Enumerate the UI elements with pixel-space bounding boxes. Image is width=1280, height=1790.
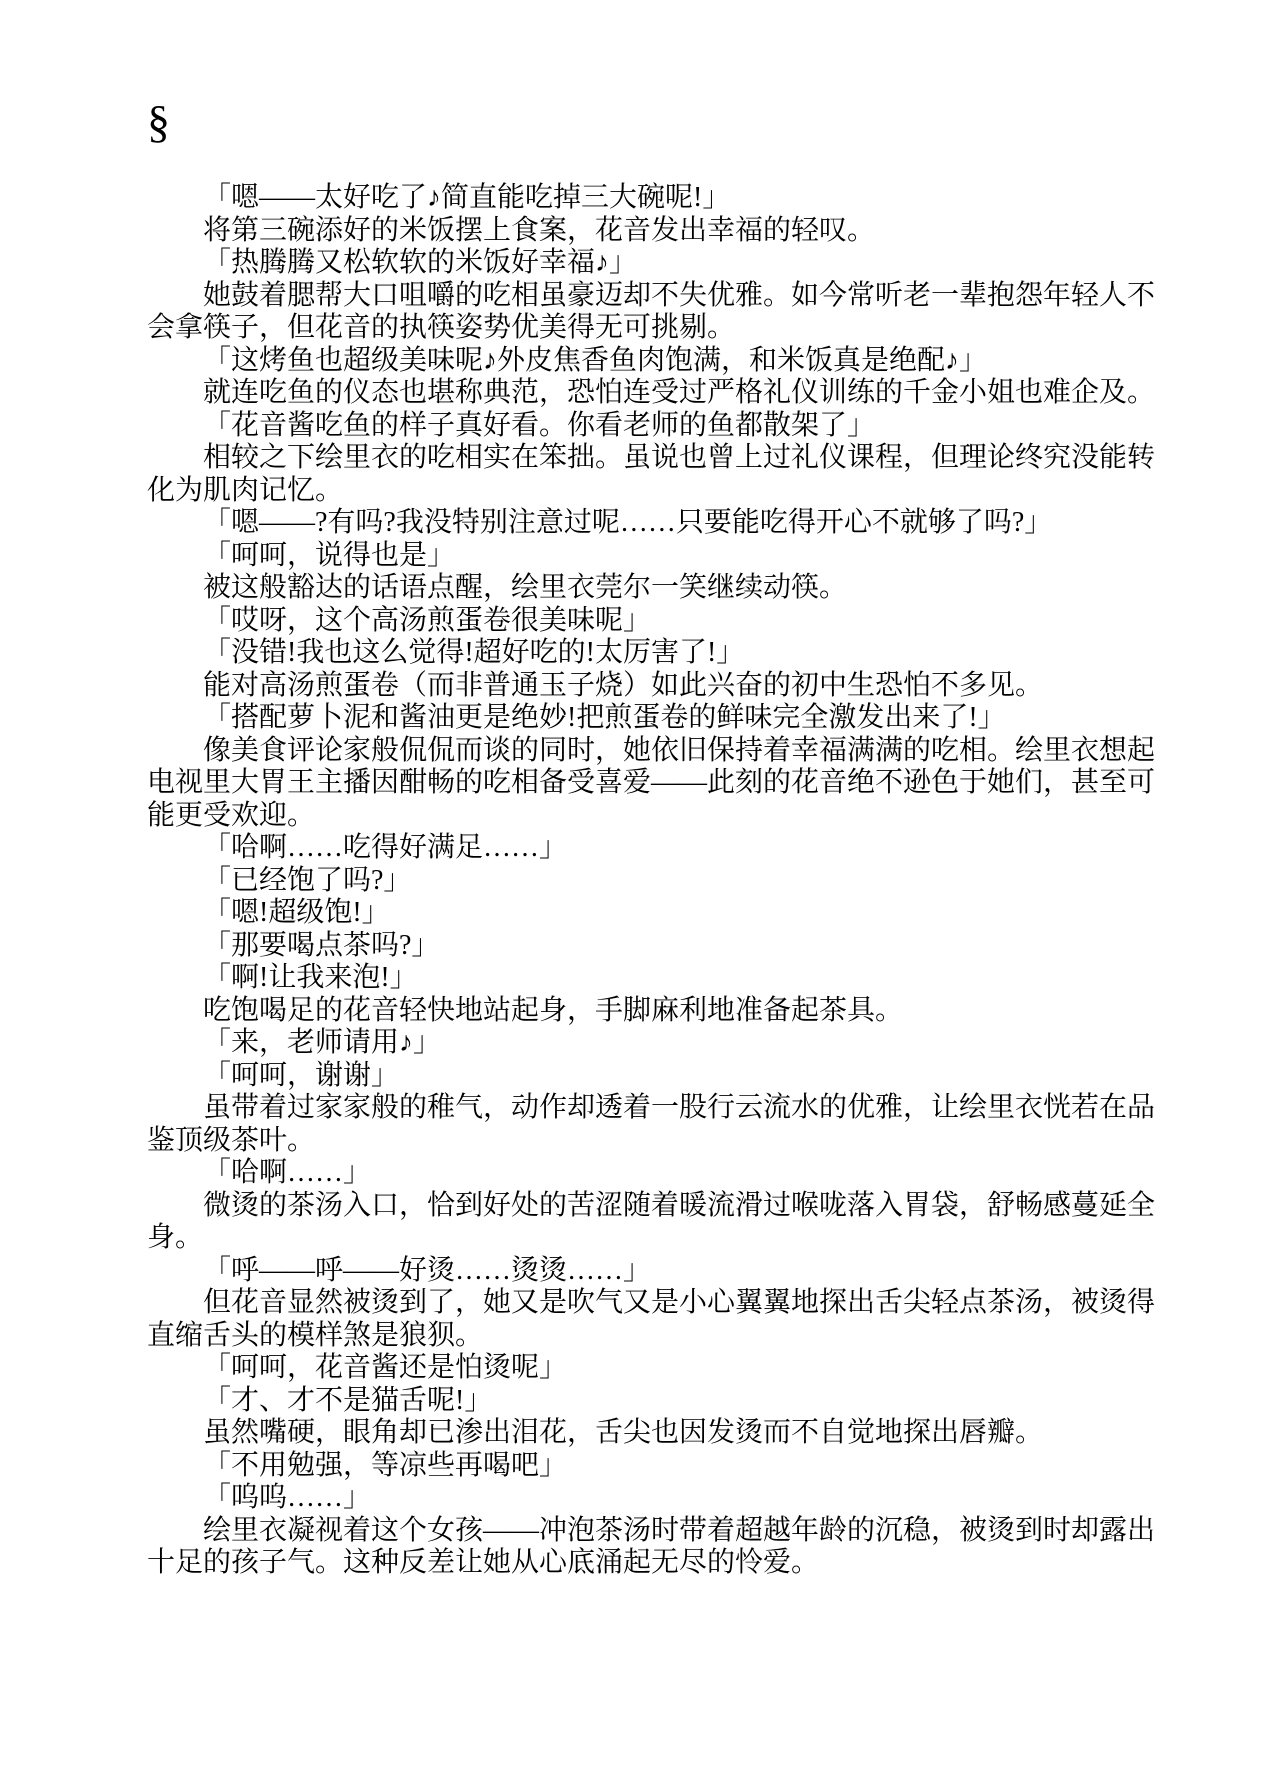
narration-line: 但花音显然被烫到了，她又是吹气又是小心翼翼地探出舌尖轻点茶汤，被烫得直缩舌头的模… [147,1287,1155,1352]
dialogue-line: 「呜呜……」 [147,1482,1155,1515]
dialogue-line: 「嗯!超级饱!」 [147,897,1155,930]
dialogue-line: 「哈啊……吃得好满足……」 [147,832,1155,865]
dialogue-line: 「嗯——太好吃了♪简直能吃掉三大碗呢!」 [147,182,1155,215]
dialogue-line: 「没错!我也这么觉得!超好吃的!太厉害了!」 [147,637,1155,670]
dialogue-line: 「热腾腾又松软软的米饭好幸福♪」 [147,247,1155,280]
narration-line: 微烫的茶汤入口，恰到好处的苦涩随着暖流滑过喉咙落入胃袋，舒畅感蔓延全身。 [147,1190,1155,1255]
dialogue-line: 「花音酱吃鱼的样子真好看。你看老师的鱼都散架了」 [147,410,1155,443]
narration-line: 能对高汤煎蛋卷（而非普通玉子烧）如此兴奋的初中生恐怕不多见。 [147,670,1155,703]
narration-line: 相较之下绘里衣的吃相实在笨拙。虽说也曾上过礼仪课程，但理论终究没能转化为肌肉记忆… [147,442,1155,507]
dialogue-line: 「不用勉强，等凉些再喝吧」 [147,1450,1155,1483]
narration-line: 虽带着过家家般的稚气，动作却透着一股行云流水的优雅，让绘里衣恍若在品鉴顶级茶叶。 [147,1092,1155,1157]
narration-line: 虽然嘴硬，眼角却已渗出泪花，舌尖也因发烫而不自觉地探出唇瓣。 [147,1417,1155,1450]
narration-line: 像美食评论家般侃侃而谈的同时，她依旧保持着幸福满满的吃相。绘里衣想起电视里大胃王… [147,735,1155,833]
dialogue-line: 「来，老师请用♪」 [147,1027,1155,1060]
narration-line: 吃饱喝足的花音轻快地站起身，手脚麻利地准备起茶具。 [147,995,1155,1028]
dialogue-line: 「已经饱了吗?」 [147,865,1155,898]
narration-line: 就连吃鱼的仪态也堪称典范，恐怕连受过严格礼仪训练的千金小姐也难企及。 [147,377,1155,410]
dialogue-line: 「啊!让我来泡!」 [147,962,1155,995]
dialogue-line: 「哈啊……」 [147,1157,1155,1190]
dialogue-line: 「哎呀，这个高汤煎蛋卷很美味呢」 [147,605,1155,638]
body-text: 「嗯——太好吃了♪简直能吃掉三大碗呢!」 将第三碗添好的米饭摆上食案，花音发出幸… [147,182,1155,1580]
narration-line: 将第三碗添好的米饭摆上食案，花音发出幸福的轻叹。 [147,215,1155,248]
dialogue-line: 「呼——呼——好烫……烫烫……」 [147,1255,1155,1288]
narration-line: 她鼓着腮帮大口咀嚼的吃相虽豪迈却不失优雅。如今常听老一辈抱怨年轻人不会拿筷子，但… [147,280,1155,345]
dialogue-line: 「呵呵，谢谢」 [147,1060,1155,1093]
narration-line: 被这般豁达的话语点醒，绘里衣莞尔一笑继续动筷。 [147,572,1155,605]
dialogue-line: 「那要喝点茶吗?」 [147,930,1155,963]
dialogue-line: 「这烤鱼也超级美味呢♪外皮焦香鱼肉饱满，和米饭真是绝配♪」 [147,345,1155,378]
dialogue-line: 「呵呵，说得也是」 [147,540,1155,573]
narration-line: 绘里衣凝视着这个女孩——冲泡茶汤时带着超越年龄的沉稳，被烫到时却露出十足的孩子气… [147,1515,1155,1580]
dialogue-line: 「呵呵，花音酱还是怕烫呢」 [147,1352,1155,1385]
section-mark: § [147,98,1155,146]
dialogue-line: 「搭配萝卜泥和酱油更是绝妙!把煎蛋卷的鲜味完全激发出来了!」 [147,702,1155,735]
document-page: § 「嗯——太好吃了♪简直能吃掉三大碗呢!」 将第三碗添好的米饭摆上食案，花音发… [0,0,1280,1790]
dialogue-line: 「才、才不是猫舌呢!」 [147,1385,1155,1418]
dialogue-line: 「嗯——?有吗?我没特别注意过呢……只要能吃得开心不就够了吗?」 [147,507,1155,540]
